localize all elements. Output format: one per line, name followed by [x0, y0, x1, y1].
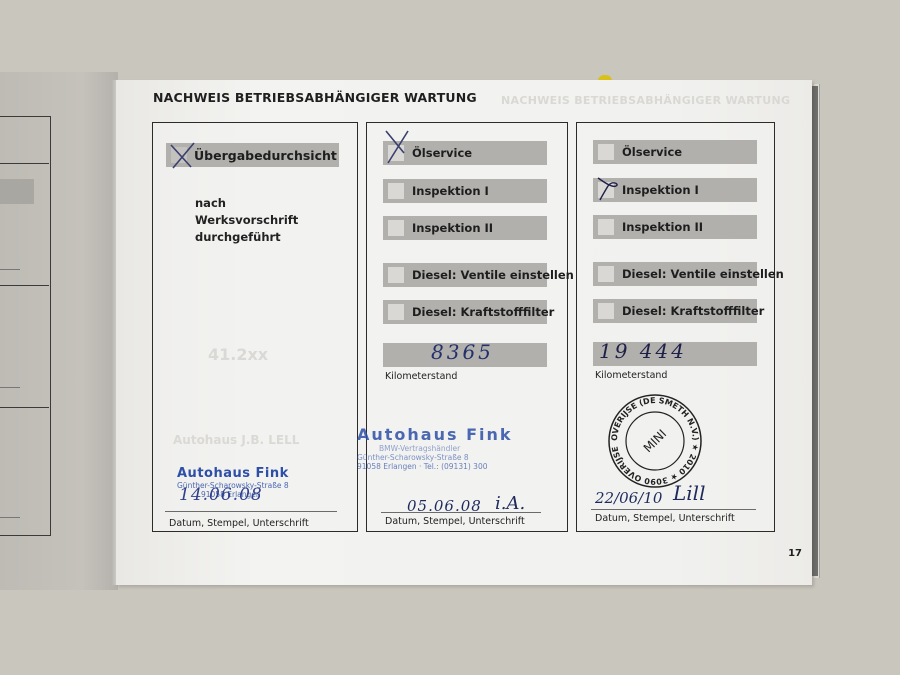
checkbox-row-diesel-ventile[interactable]: Diesel: Ventile einstellen [593, 262, 757, 286]
page-edge-shadow [811, 86, 818, 576]
left-page-line [0, 517, 20, 518]
handwritten-signature: i.A. [495, 493, 525, 514]
checkbox-label: Diesel: Ventile einstellen [412, 268, 574, 282]
checkbox-label: Inspektion II [622, 220, 703, 234]
checkbox[interactable] [598, 219, 614, 235]
dealer-stamp: Autohaus Fink BMW-Vertragshändler Günthe… [357, 425, 513, 471]
checkbox-row-inspektion-2[interactable]: Inspektion II [383, 216, 547, 240]
checkbox[interactable] [171, 147, 187, 163]
stamp-address: Günther-Scharowsky-Straße 8 [357, 453, 513, 462]
left-page-divider [0, 407, 49, 408]
ghost-title: NACHWEIS BETRIEBSABHÄNGIGER WARTUNG [501, 94, 790, 107]
signature-line [591, 509, 756, 510]
left-page-card [0, 116, 51, 536]
checkbox-label: Diesel: Kraftstofffilter [622, 304, 764, 318]
checkbox[interactable] [598, 182, 614, 198]
kilometer-value: 8365 [431, 340, 494, 364]
left-page-divider [0, 163, 49, 164]
kilometer-label: Kilometerstand [595, 370, 667, 381]
note-line: durchgeführt [195, 229, 298, 246]
checkbox-row-oelservice[interactable]: Ölservice [593, 140, 757, 164]
check-cross-icon [167, 139, 197, 171]
checkbox[interactable] [598, 303, 614, 319]
checkbox-label: Inspektion I [622, 183, 699, 197]
checkbox-row-diesel-kraftstofffilter[interactable]: Diesel: Kraftstofffilter [593, 299, 757, 323]
checkbox[interactable] [388, 145, 404, 161]
left-page-row [0, 179, 34, 204]
note-line: nach [195, 195, 298, 212]
note-line: Werksvorschrift [195, 212, 298, 229]
checkbox-label: Inspektion II [412, 221, 493, 235]
stamp-city: 91058 Erlangen · Tel.: (09131) 300 [357, 462, 513, 471]
checkbox-label: Ölservice [622, 145, 682, 159]
kilometer-value: 19 444 [599, 339, 687, 363]
stamp-name: Autohaus Fink [177, 466, 289, 481]
signature-label: Datum, Stempel, Unterschrift [169, 518, 309, 529]
checkbox[interactable] [598, 144, 614, 160]
service-card-1: Übergabedurchsicht nach Werksvorschrift … [152, 122, 358, 532]
svg-text:MINI: MINI [641, 427, 670, 456]
page-title: NACHWEIS BETRIEBSABHÄNGIGER WARTUNG [153, 90, 477, 105]
stamp-subtitle: BMW-Vertragshändler [379, 444, 513, 453]
kilometer-field[interactable]: 8365 [383, 343, 547, 367]
checkbox[interactable] [388, 304, 404, 320]
kilometer-label: Kilometerstand [385, 371, 457, 382]
checkbox-row-diesel-kraftstofffilter[interactable]: Diesel: Kraftstofffilter [383, 300, 547, 324]
bleed-through-text: Autohaus J.B. LELL [173, 433, 299, 447]
check-cross-icon [384, 137, 414, 169]
signature-label: Datum, Stempel, Unterschrift [595, 513, 735, 524]
dealer-round-stamp: OVERIJSE (DE SMETH N.V.) ★ 2010 ★ 3090 O… [607, 393, 703, 489]
checkbox-label: Inspektion I [412, 184, 489, 198]
service-card-2: Ölservice Inspektion I Inspektion II Die… [366, 122, 568, 532]
checkbox-label: Diesel: Ventile einstellen [622, 267, 784, 281]
procedure-note: nach Werksvorschrift durchgeführt [195, 195, 298, 246]
left-page-divider [0, 285, 49, 286]
checkbox-label: Ölservice [412, 146, 472, 160]
left-page [0, 72, 118, 590]
checkbox-row-diesel-ventile[interactable]: Diesel: Ventile einstellen [383, 263, 547, 287]
checkbox-label: Diesel: Kraftstofffilter [412, 305, 554, 319]
checkbox-row-inspektion-1[interactable]: Inspektion I [383, 179, 547, 203]
handwritten-date: 22/06/10 [595, 489, 662, 507]
bleed-through-text: 41.2xx [208, 345, 268, 364]
stamp-name: Autohaus Fink [357, 425, 513, 444]
checkbox-row-inspektion-2[interactable]: Inspektion II [593, 215, 757, 239]
handwritten-date: 14.06.08 [179, 485, 263, 505]
checkbox[interactable] [388, 267, 404, 283]
service-card-3: Ölservice Inspektion I Inspektion II Die… [576, 122, 775, 532]
checkbox-label: Übergabedurchsicht [194, 148, 337, 163]
checkbox-row-inspektion-1[interactable]: Inspektion I [593, 178, 757, 202]
checkbox[interactable] [388, 183, 404, 199]
check-loop-icon [594, 174, 624, 206]
right-page: NACHWEIS BETRIEBSABHÄNGIGER WARTUNG NACH… [116, 80, 812, 585]
checkbox-row-uebergabedurchsicht[interactable]: Übergabedurchsicht [166, 143, 339, 167]
checkbox[interactable] [388, 220, 404, 236]
checkbox[interactable] [598, 266, 614, 282]
handwritten-signature: Lill [673, 481, 705, 505]
left-page-line [0, 387, 20, 388]
signature-line [381, 512, 541, 513]
signature-line [165, 511, 337, 512]
kilometer-field[interactable]: 19 444 [593, 342, 757, 366]
checkbox-row-oelservice[interactable]: Ölservice [383, 141, 547, 165]
page-number: 17 [788, 548, 802, 559]
left-page-line [0, 269, 20, 270]
signature-label: Datum, Stempel, Unterschrift [385, 516, 525, 527]
